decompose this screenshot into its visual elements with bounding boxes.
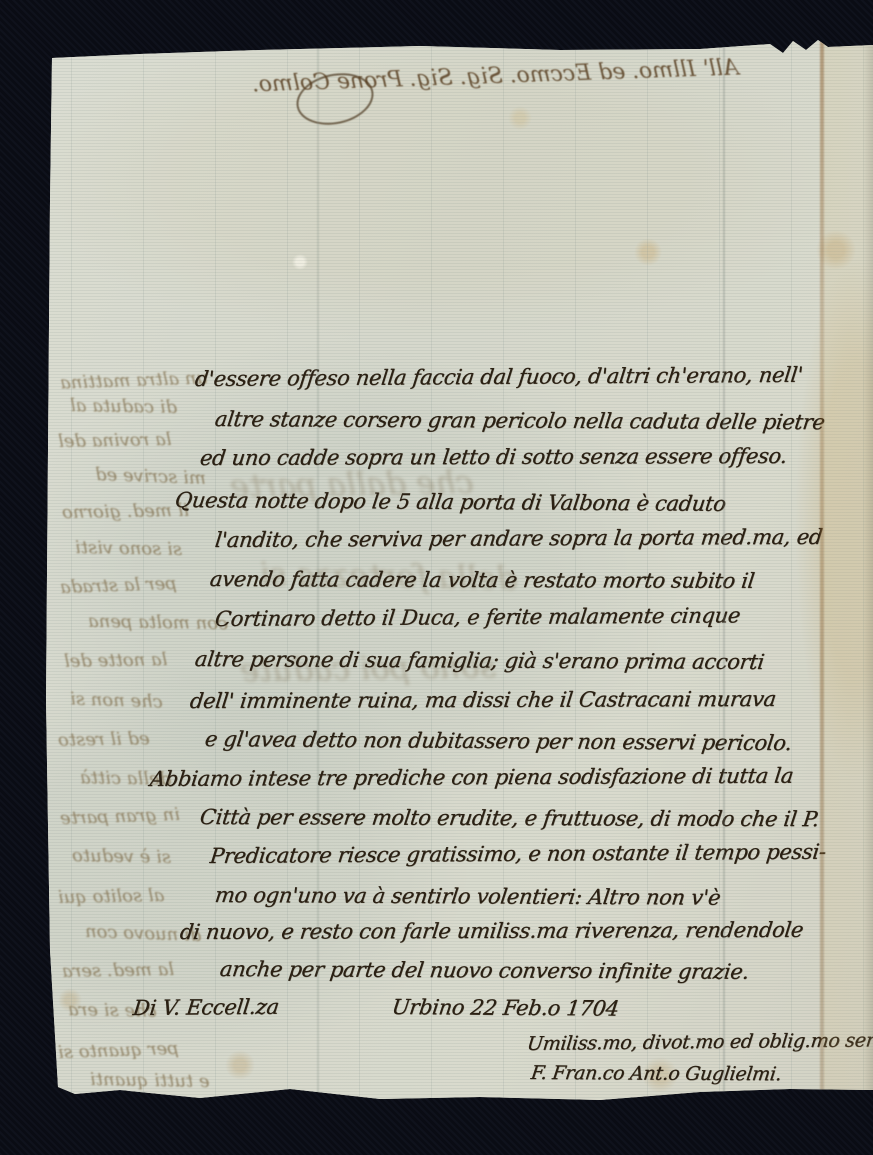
letter-line-12: Città per essere molto erudite, e fruttu…	[199, 806, 821, 831]
bleedthrough-fragment: che non si	[70, 690, 163, 711]
letter-line-1: d'essere offeso nella faccia dal fuoco, …	[194, 364, 804, 391]
bleedthrough-fragment: ed il resto	[58, 730, 150, 750]
letter-line-15: di nuovo, e resto con farle umiliss.ma r…	[179, 919, 805, 944]
bleedthrough-fragment: di caduta al	[70, 397, 177, 417]
letter-line-16: anche per parte del nuovo converso infin…	[219, 958, 751, 984]
right-edge-stain	[824, 0, 873, 1155]
bleedthrough-fragment: in gran parte	[60, 806, 181, 828]
bleedthrough-fragment: la notte del	[64, 651, 168, 671]
letter-line-11: Abbiamo intese tre prediche con piena so…	[149, 765, 795, 791]
letter-line-14: mo ogn'uno va à sentirlo volentieri: Alt…	[214, 884, 722, 910]
letter-dateline: Urbino 22 Feb.o 1704	[391, 996, 621, 1021]
letter-line-10: e gl'avea detto non dubitassero per non …	[204, 728, 794, 755]
signature-line-2: F. Fran.co Ant.o Guglielmi.	[530, 1063, 783, 1085]
bleedthrough-fragment: per quanto si	[58, 1040, 179, 1062]
bleedthrough-fragment: il med. giorno	[62, 502, 189, 522]
bleedthrough-fragment: la rovina del	[58, 431, 172, 451]
bleedthrough-fragment: mi scrive ed	[95, 466, 207, 488]
bleedthrough-fragment: e tutti quanti	[90, 1071, 210, 1091]
fold-crease-main	[820, 0, 824, 1155]
letter-line-4: Questa notte dopo le 5 alla porta di Val…	[174, 489, 728, 516]
bleedthrough-fragment: per la strada	[60, 575, 177, 597]
letter-closing: Di V. Eccell.za	[132, 996, 280, 1020]
bleedthrough-fragment: si sono visti	[75, 539, 182, 559]
letter-line-9: dell' imminente ruina, ma dissi che il C…	[189, 688, 778, 713]
photograph-background: All' Illmo. ed Eccmo. Sig. Sig. Prone Co…	[0, 0, 873, 1155]
letter-line-5: l'andito, che serviva per andare sopra l…	[214, 526, 824, 552]
letter-line-8: altre persone di sua famiglia; già s'era…	[194, 648, 766, 674]
letter-line-13: Predicatore riesce gratissimo, e non ost…	[209, 841, 827, 868]
bleedthrough-fragment: con molta pena	[88, 613, 228, 633]
letter-line-6: avendo fatta cadere la volta è restato m…	[209, 568, 756, 593]
address-bleedthrough: All' Illmo. ed Eccmo. Sig. Sig. Prone Co…	[252, 58, 739, 97]
letter-line-2: altre stanze corsero gran pericolo nella…	[214, 408, 826, 434]
bleedthrough-fragment: un altra mattina	[60, 369, 209, 392]
bleedthrough-fragment: si è veduto	[72, 847, 171, 867]
bleedthrough-fragment: la med. sera	[62, 961, 174, 981]
letter-line-3: ed uno cadde sopra un letto di sotto sen…	[199, 445, 789, 470]
bleedthrough-fragment: al solito qui	[58, 887, 165, 907]
signature-line-1: Umiliss.mo, divot.mo ed oblig.mo servito…	[526, 1030, 873, 1055]
manuscript-paper: All' Illmo. ed Eccmo. Sig. Sig. Prone Co…	[0, 0, 873, 1155]
letter-line-7: Cortinaro detto il Duca, e ferite malame…	[214, 604, 742, 631]
